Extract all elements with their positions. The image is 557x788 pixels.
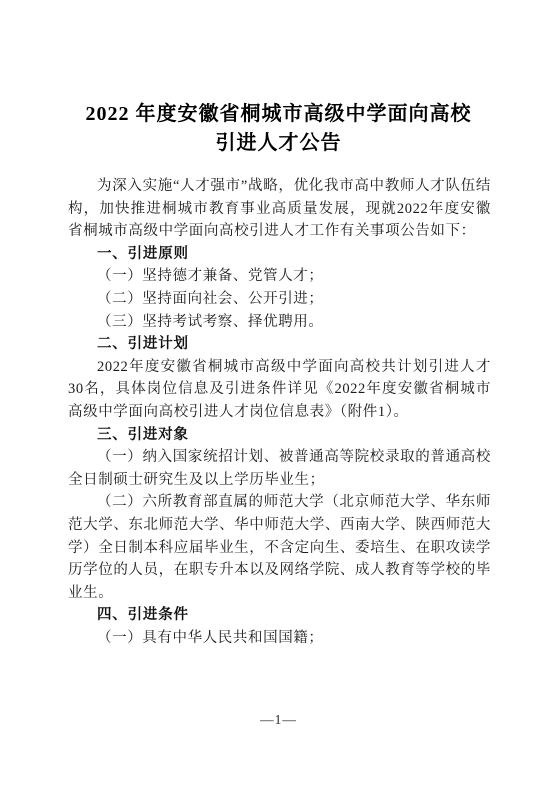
- intro-paragraph: 为深入实施“人才强市”战略，优化我市高中教师人才队伍结构，加快推进桐城市教育事业…: [68, 175, 491, 243]
- section-heading-4: 四、引进条件: [68, 604, 491, 627]
- document-body: 为深入实施“人才强市”战略，优化我市高中教师人才队伍结构，加快推进桐城市教育事业…: [68, 175, 491, 649]
- page-number: —1—: [0, 712, 557, 728]
- document-page: 2022 年度安徽省桐城市高级中学面向高校 引进人才公告 为深入实施“人才强市”…: [0, 0, 557, 788]
- section-heading-3: 三、引进对象: [68, 424, 491, 447]
- document-title-line-2: 引进人才公告: [216, 132, 342, 154]
- section-3-item-2: （二）六所教育部直属的师范大学（北京师范大学、华东师范大学、东北师范大学、华中师…: [68, 491, 491, 604]
- section-1-item-2: （二）坚持面向社会、公开引进；: [68, 288, 491, 311]
- section-1-item-1: （一）坚持德才兼备、党管人才；: [68, 265, 491, 288]
- document-title: 2022 年度安徽省桐城市高级中学面向高校 引进人才公告: [0, 100, 557, 158]
- section-1-item-3: （三）坚持考试考察、择优聘用。: [68, 311, 491, 334]
- section-heading-1: 一、引进原则: [68, 243, 491, 266]
- section-heading-2: 二、引进计划: [68, 333, 491, 356]
- section-3-item-1: （一）纳入国家统招计划、被普通高等院校录取的普通高校全日制硕士研究生及以上学历毕…: [68, 446, 491, 491]
- section-4-item-1: （一）具有中华人民共和国国籍；: [68, 627, 491, 650]
- document-title-line-1: 2022 年度安徽省桐城市高级中学面向高校: [86, 103, 472, 125]
- section-2-paragraph: 2022年度安徽省桐城市高级中学面向高校共计划引进人才30名，具体岗位信息及引进…: [68, 356, 491, 424]
